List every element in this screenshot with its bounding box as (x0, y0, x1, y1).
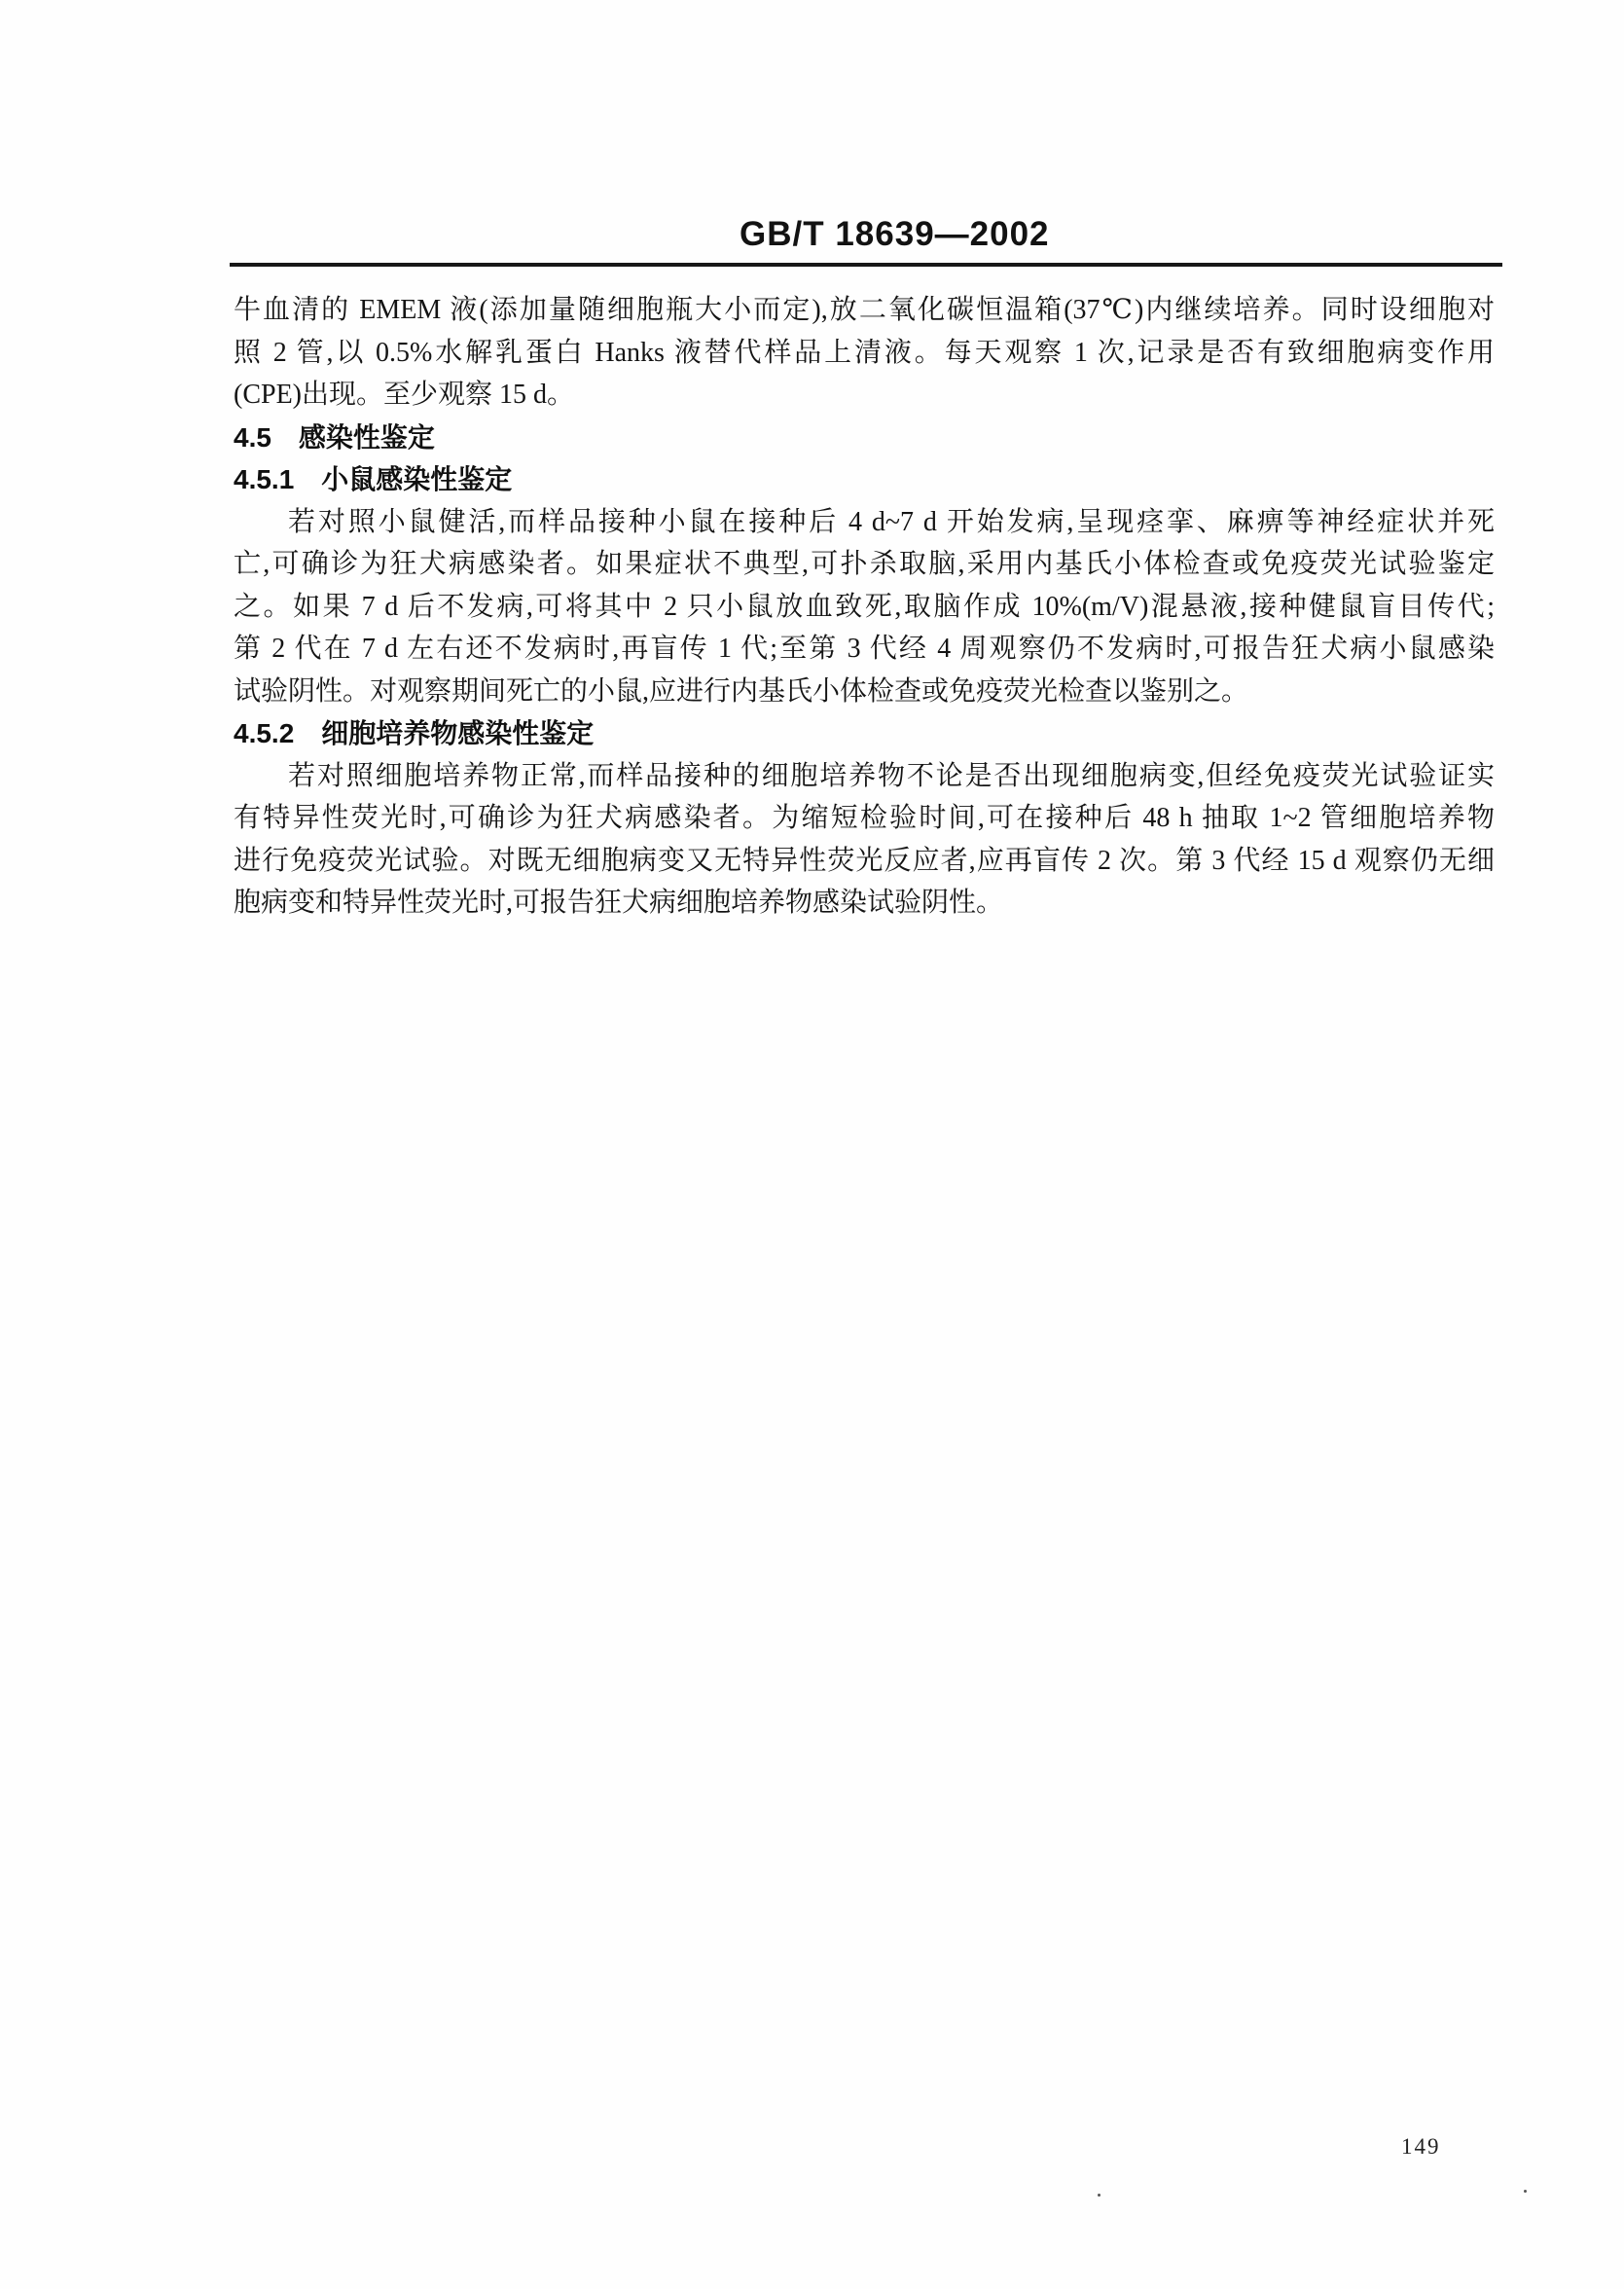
document-body: 牛血清的 EMEM 液(添加量随细胞瓶大小而定),放二氧化碳恒温箱(37℃)内继… (234, 289, 1495, 925)
text-line: 之。如果 7 d 后不发病,可将其中 2 只小鼠放血致死,取脑作成 10%(m/… (234, 586, 1495, 629)
section-heading: 4.5.1 小鼠感染性鉴定 (234, 458, 1495, 501)
text-line: 若对照小鼠健活,而样品接种小鼠在接种后 4 d~7 d 开始发病,呈现痉挛、麻痹… (234, 501, 1495, 544)
text-line: 照 2 管,以 0.5%水解乳蛋白 Hanks 液替代样品上清液。每天观察 1 … (234, 332, 1495, 375)
text-line: 若对照细胞培养物正常,而样品接种的细胞培养物不论是否出现细胞病变,但经免疫荧光试… (234, 755, 1495, 798)
section-heading: 4.5 感染性鉴定 (234, 417, 1495, 459)
text-line: 试验阴性。对观察期间死亡的小鼠,应进行内基氏小体检查或免疫荧光检查以鉴别之。 (234, 671, 1495, 713)
header-rule (230, 263, 1502, 267)
scan-speck (1524, 2190, 1527, 2193)
standard-code: GB/T 18639—2002 (740, 215, 1050, 254)
scan-speck (1098, 2194, 1101, 2197)
page-number: 149 (1401, 2134, 1441, 2160)
scan-speck (806, 690, 809, 693)
text-line: 牛血清的 EMEM 液(添加量随细胞瓶大小而定),放二氧化碳恒温箱(37℃)内继… (234, 289, 1495, 332)
document-page: GB/T 18639—2002 牛血清的 EMEM 液(添加量随细胞瓶大小而定)… (0, 0, 1624, 2289)
text-line: 进行免疫荧光试验。对既无细胞病变又无特异性荧光反应者,应再盲传 2 次。第 3 … (234, 840, 1495, 883)
text-line: 有特异性荧光时,可确诊为狂犬病感染者。为缩短检验时间,可在接种后 48 h 抽取… (234, 797, 1495, 840)
text-line: 第 2 代在 7 d 左右还不发病时,再盲传 1 代;至第 3 代经 4 周观察… (234, 628, 1495, 671)
text-line: (CPE)出现。至少观察 15 d。 (234, 374, 1495, 417)
text-line: 亡,可确诊为狂犬病感染者。如果症状不典型,可扑杀取脑,采用内基氏小体检查或免疫荧… (234, 543, 1495, 586)
section-heading: 4.5.2 细胞培养物感染性鉴定 (234, 712, 1495, 755)
text-line: 胞病变和特异性荧光时,可报告狂犬病细胞培养物感染试验阴性。 (234, 882, 1495, 925)
